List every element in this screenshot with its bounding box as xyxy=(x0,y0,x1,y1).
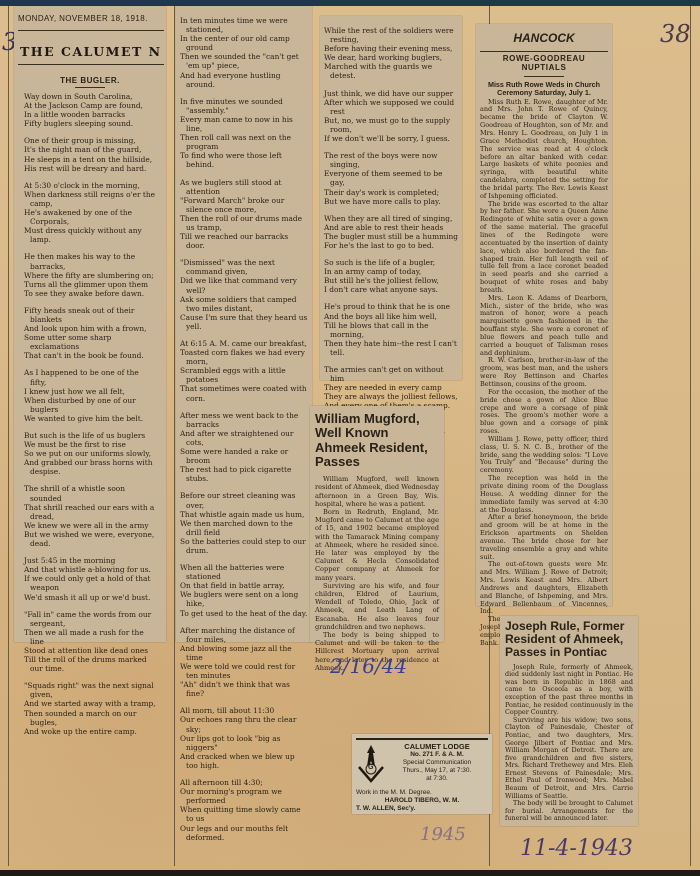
poem-line: Then sounded a march on our bugles, xyxy=(24,709,156,727)
poem-line: "Ah" didn't we think that was fine? xyxy=(180,680,308,698)
section-label: HANCOCK xyxy=(480,32,608,45)
poem-line: That can't in the book be found. xyxy=(24,351,156,360)
poem-stanza: He then makes his way to the barracks,Wh… xyxy=(24,252,156,297)
poem-stanza: Fifty heads sneak out of their blanketsA… xyxy=(24,306,156,361)
mugford-headline: William Mugford, Well Known Ahmeek Resid… xyxy=(315,412,439,469)
poem-line: We knew we were all in the army xyxy=(24,521,156,530)
article-paragraph: Miss Ruth E. Rowe, daughter of Mr. and M… xyxy=(480,99,608,201)
poem-line: We were told we could rest for ten minut… xyxy=(180,662,308,680)
poem-line: But we wished we were, everyone, dead. xyxy=(24,530,156,548)
lodge-work: Work in the M. M. Degree. xyxy=(356,789,488,797)
binder-bottom-edge xyxy=(0,870,700,876)
poem-line: I knew just how we all felt, xyxy=(24,387,156,396)
poem-line: So such is the life of a bugler, xyxy=(324,258,458,267)
article-paragraph: The body will be brought to Calumet for … xyxy=(505,800,633,823)
poem-line: On that field in battle array, xyxy=(180,581,308,590)
handwritten-date-rule: 11-4-1943 xyxy=(520,836,633,861)
newspaper-date: MONDAY, NOVEMBER 18, 1918. xyxy=(18,14,148,23)
poem-line: Then roll call was next on the program xyxy=(180,133,308,151)
poem-line: Turns all the glimmer upon them xyxy=(24,280,156,289)
poem-line: The armies can't get on without him xyxy=(324,365,458,383)
poem-line: To get used to the heat of the day. xyxy=(180,609,308,618)
poem-stanza: All afternoon till 4:30;Our morning's pr… xyxy=(180,778,308,842)
poem-line: I don't care what anyone says. xyxy=(324,285,458,294)
poem-line: "Dismissed" was the next command given, xyxy=(180,258,308,276)
poem-line: We must be the first to rise xyxy=(24,440,156,449)
poem-stanza: When they are all tired of singing,And a… xyxy=(324,214,458,250)
rule-obituary-clipping: Joseph Rule, Former Resident of Ahmeek, … xyxy=(500,616,638,826)
poem-line: As we buglers still stood at attention xyxy=(180,178,308,196)
poem-line: Must dress quickly without any lamp. xyxy=(24,226,156,244)
poem-line: But we have more calls to play. xyxy=(324,197,458,206)
mugford-body: William Mugford, well known resident of … xyxy=(315,475,439,672)
poem-stanza: As I happened to be one of the fifty,I k… xyxy=(24,368,156,423)
poem-stanza: At 5:30 o'clock in the morning,When dark… xyxy=(24,181,156,245)
poem-line: And grabbed our brass horns with despise… xyxy=(24,458,156,476)
poem-stanza: "Dismissed" was the next command given,D… xyxy=(180,258,308,331)
poem-line: We then marched down to the drill field xyxy=(180,519,308,537)
poem-line: It's the night man of the guard, xyxy=(24,145,156,154)
rule-body: Joseph Rule, formerly of Ahmeek, died su… xyxy=(505,664,633,823)
lodge-officer1: HAROLD TIBERG, W. M. xyxy=(356,797,488,805)
poem-stanza: In five minutes we sounded "assembly."Ev… xyxy=(180,97,308,170)
page-number-right: 38 xyxy=(660,20,691,48)
poem-stanza: After mess we went back to the barracksA… xyxy=(180,411,308,484)
lodge-officer2: T. W. ALLEN, Sec'y. xyxy=(356,805,488,813)
poem-line: That sometimes were coated with corn. xyxy=(180,384,308,402)
poem-line: Till we reached our barracks door. xyxy=(180,232,308,250)
poem-line: So we put on our uniforms slowly, xyxy=(24,449,156,458)
page-divider xyxy=(8,6,9,866)
page-divider xyxy=(174,6,175,866)
poem-line: Then the roll of our drums made us tramp… xyxy=(180,214,308,232)
poem-line: When quitting time slowly came to us xyxy=(180,805,308,823)
poem-line: After which we supposed we could rest xyxy=(324,98,458,116)
article-paragraph: For the occasion, the mother of the brid… xyxy=(480,389,608,436)
poem-line: Some were handed a rake or broom xyxy=(180,447,308,465)
article-paragraph: William Mugford, well known resident of … xyxy=(315,475,439,508)
poem-stanza: Just think, we did have our supperAfter … xyxy=(324,89,458,144)
poem-line: Toasted corn flakes we had every morn, xyxy=(180,348,308,366)
poem-line: In five minutes we sounded "assembly." xyxy=(180,97,308,115)
lodge-title: CALUMET LODGE xyxy=(386,743,488,751)
poem-line: So the batteries could step to our drum. xyxy=(180,537,308,555)
poem-line: Scrambled eggs with a little potatoes xyxy=(180,366,308,384)
lodge-line1: Special Communication xyxy=(386,759,488,767)
poem-stanza: The shrill of a whistle soon soundedThat… xyxy=(24,484,156,548)
poem-line: All morn, till about 11:30 xyxy=(180,706,308,715)
poem-line: And that whistle a-blowing for us. xyxy=(24,565,156,574)
poem-line: Our lips got to look "big as niggers" xyxy=(180,734,308,752)
mugford-obituary-clipping: William Mugford, Well Known Ahmeek Resid… xyxy=(310,406,444,642)
poem-column-3: While the rest of the soldiers were rest… xyxy=(320,16,462,410)
poem-line: And are able to rest their heads xyxy=(324,223,458,232)
poem-line: And blowing some jazz all the time xyxy=(180,644,308,662)
poem-line: Fifty heads sneak out of their blankets xyxy=(24,306,156,324)
poem-line: "Fall in" came the words from our sergea… xyxy=(24,610,156,628)
scrapbook-page: 37 38 MONDAY, NOVEMBER 18, 1918. THE CAL… xyxy=(0,6,700,870)
article-paragraph: Mrs. Leon K. Adams of Dearborn, Mich., s… xyxy=(480,295,608,358)
poem-line: That shrill reached our ears with a drea… xyxy=(24,503,156,521)
poem-line: "Forward March" broke our silence once m… xyxy=(180,196,308,214)
poem-line: Did we like that command very well? xyxy=(180,276,308,294)
bugler-clipping-col2: In ten minutes time we were stationed,In… xyxy=(176,6,312,642)
masthead-rule xyxy=(18,64,164,65)
poem-line: Marched with the guards we detest. xyxy=(324,62,458,80)
poem-line: Till the roll of the drums marked our ti… xyxy=(24,655,156,673)
hancock-wedding-clipping: HANCOCK ROWE-GOODREAU NUPTIALS Miss Ruth… xyxy=(476,24,612,606)
poem-line: He's awakened by one of the Corporals, xyxy=(24,208,156,226)
poem-line: But such is the life of us buglers xyxy=(24,431,156,440)
lodge-number: No. 271 F. & A. M. xyxy=(386,751,488,759)
article-paragraph: Surviving are his wife, and four childre… xyxy=(315,582,439,631)
article-paragraph: William J. Rowe, petty officer, third cl… xyxy=(480,436,608,475)
poem-line: The shrill of a whistle soon sounded xyxy=(24,484,156,502)
poem-line: And look upon him with a frown, xyxy=(24,324,156,333)
page-divider xyxy=(690,6,691,866)
poem-stanza: One of their group is missing,It's the n… xyxy=(24,136,156,172)
poem-line: Before having their evening mess, xyxy=(324,44,458,53)
poem-line: To find who were those left behind. xyxy=(180,151,308,169)
poem-line: At the Jackson Camp are found, xyxy=(24,101,156,110)
poem-line: Our echoes rang thru the clear sky; xyxy=(180,715,308,733)
wedding-headline: ROWE-GOODREAU NUPTIALS xyxy=(480,55,608,73)
article-paragraph: Born in Redruth, England, Mr. Mugford ca… xyxy=(315,508,439,582)
poem-line: Stood at attention like dead ones xyxy=(24,646,156,655)
poem-stanza: In ten minutes time we were stationed,In… xyxy=(180,16,308,89)
poem-line: The rest of the boys were now singing, xyxy=(324,151,458,169)
poem-line: Ask some soldiers that camped two miles … xyxy=(180,295,308,313)
poem-line: Some utter some sharp exclamations xyxy=(24,333,156,351)
poem-line: Just think, we did have our supper xyxy=(324,89,458,98)
poem-line: One of their group is missing, xyxy=(24,136,156,145)
poem-line: His rest will be dreary and hard. xyxy=(24,164,156,173)
article-paragraph: After a brief honeymoon, the bride and g… xyxy=(480,514,608,561)
poem-stanza: While the rest of the soldiers were rest… xyxy=(324,26,458,81)
lodge-line3: at 7:30. xyxy=(386,775,488,783)
bugler-clipping-col3: While the rest of the soldiers were rest… xyxy=(320,16,462,380)
poem-line: And we started away with a tramp, xyxy=(24,699,156,708)
handwritten-date-lodge: 1945 xyxy=(420,824,466,845)
article-paragraph: R. W. Carlson, brother-in-law of the gro… xyxy=(480,357,608,388)
poem-line: If we could only get a hold of that weap… xyxy=(24,574,156,592)
poem-line: Every man came to now in his line, xyxy=(180,115,308,133)
poem-line: As I happened to be one of the fifty, xyxy=(24,368,156,386)
poem-line: While the rest of the soldiers were rest… xyxy=(324,26,458,44)
poem-line: He sleeps in a tent on the hillside, xyxy=(24,155,156,164)
poem-line: We dear, hard working buglers, xyxy=(324,53,458,62)
poem-stanza: After marching the distance of four mile… xyxy=(180,626,308,699)
poem-line: In an army camp of today, xyxy=(324,267,458,276)
poem-line: Till he blows that call in the morning, xyxy=(324,321,458,339)
poem-line: Then they hate him--the rest I can't tel… xyxy=(324,339,458,357)
poem-line: In the center of our old camp ground xyxy=(180,34,308,52)
poem-stanza: But such is the life of us buglersWe mus… xyxy=(24,431,156,476)
square-and-compass-icon: G xyxy=(356,743,386,789)
masthead-rule xyxy=(18,30,164,31)
poem-stanza: All morn, till about 11:30Our echoes ran… xyxy=(180,706,308,770)
poem-line: And after we straightened our cots, xyxy=(180,429,308,447)
poem-column-2: In ten minutes time we were stationed,In… xyxy=(176,6,312,842)
poem-line: After marching the distance of four mile… xyxy=(180,626,308,644)
poem-line: We buglers were sent on a long hike, xyxy=(180,590,308,608)
poem-line: In ten minutes time we were stationed, xyxy=(180,16,308,34)
poem-line: At 6:15 A. M. came our breakfast, xyxy=(180,339,308,348)
poem-stanza: So such is the life of a bugler,In an ar… xyxy=(324,258,458,294)
poem-line: The bugler must still be a humming xyxy=(324,232,458,241)
poem-stanza: The armies can't get on without himThey … xyxy=(324,365,458,410)
poem-stanza: When all the batteries were stationedOn … xyxy=(180,563,308,618)
poem-line: At 5:30 o'clock in the morning, xyxy=(24,181,156,190)
poem-line: To see they awake before dawn. xyxy=(24,289,156,298)
wedding-body: Miss Ruth E. Rowe, daughter of Mr. and M… xyxy=(480,99,608,648)
poem-line: Before our street cleaning was over, xyxy=(180,491,308,509)
poem-line: And cracked when we blew up too high. xyxy=(180,752,308,770)
poem-line: And woke up the entire camp. xyxy=(24,727,156,736)
poem-line: Way down in South Carolina, xyxy=(24,92,156,101)
poem-title: THE BUGLER. xyxy=(20,76,160,85)
poem-line: Just 5:45 in the morning xyxy=(24,556,156,565)
poem-line: Then we all made a rush for the line xyxy=(24,628,156,646)
wedding-subhead: Miss Ruth Rowe Weds in Church Ceremony S… xyxy=(480,81,608,97)
poem-line: And had everyone hustling around. xyxy=(180,71,308,89)
poem-line: When disturbed by one of our buglers xyxy=(24,396,156,414)
poem-stanza: At 6:15 A. M. came our breakfast,Toasted… xyxy=(180,339,308,403)
poem-line: We'd smash it all up or we'd bust. xyxy=(24,593,156,602)
poem-line: Our morning's program we performed xyxy=(180,787,308,805)
poem-line: Fifty buglers sleeping sound. xyxy=(24,119,156,128)
poem-line: For he's the last to go to bed. xyxy=(324,241,458,250)
poem-stanza: Just 5:45 in the morningAnd that whistle… xyxy=(24,556,156,601)
poem-stanza: "Fall in" came the words from our sergea… xyxy=(24,610,156,674)
poem-column-1: Way down in South Carolina,At the Jackso… xyxy=(20,92,160,736)
poem-line: When all the batteries were stationed xyxy=(180,563,308,581)
poem-line: Our legs and our mouths felt deformed. xyxy=(180,824,308,842)
handwritten-date-mugford: 2/16/44 xyxy=(330,654,407,678)
poem-line: He's proud to think that he is one xyxy=(324,302,458,311)
poem-line: That whistle again made us hum, xyxy=(180,510,308,519)
poem-line: Cause I'm sure that they heard us yell. xyxy=(180,313,308,331)
article-paragraph: The bride was escorted to the altar by h… xyxy=(480,201,608,295)
poem-line: Then we sounded the "can't get 'em up" p… xyxy=(180,52,308,70)
poem-line: The rest had to pick cigarette stubs. xyxy=(180,465,308,483)
poem-line: "Squads right" was the next signal given… xyxy=(24,681,156,699)
article-paragraph: The reception was held in the private di… xyxy=(480,475,608,514)
poem-line: In a little wooden barracks xyxy=(24,110,156,119)
newspaper-masthead: THE CALUMET NEWS xyxy=(20,44,160,59)
poem-line: Everyone of them seemed to be gay, xyxy=(324,169,458,187)
poem-stanza: He's proud to think that he is oneAnd th… xyxy=(324,302,458,357)
article-paragraph: The out-of-town guests were Mr. and Mrs.… xyxy=(480,561,608,616)
poem-line: We wanted to give him the belt. xyxy=(24,414,156,423)
poem-stanza: The rest of the boys were now singing,Ev… xyxy=(324,151,458,206)
poem-line: When darkness still reigns o'er the camp… xyxy=(24,190,156,208)
article-paragraph: Surviving are his widow; two sons, Clayt… xyxy=(505,717,633,801)
poem-stanza: Way down in South Carolina,At the Jackso… xyxy=(24,92,156,128)
poem-line: After mess we went back to the barracks xyxy=(180,411,308,429)
poem-line: They are needed in every camp xyxy=(324,383,458,392)
rule-headline: Joseph Rule, Former Resident of Ahmeek, … xyxy=(505,620,633,660)
poem-line: And the boys all like him well, xyxy=(324,312,458,321)
poem-stanza: Before our street cleaning was over,That… xyxy=(180,491,308,555)
poem-line: But, no, we must go to the supply room, xyxy=(324,116,458,134)
poem-line: But still he's the jolliest fellow, xyxy=(324,276,458,285)
poem-stanza: "Squads right" was the next signal given… xyxy=(24,681,156,736)
poem-line: Where the fifty are slumbering on; xyxy=(24,271,156,280)
poem-line: He then makes his way to the barracks, xyxy=(24,252,156,270)
poem-line: All afternoon till 4:30; xyxy=(180,778,308,787)
poem-line: They are always the jolliest fellows, xyxy=(324,392,458,401)
poem-line: When they are all tired of singing, xyxy=(324,214,458,223)
poem-line: Their day's work is completed; xyxy=(324,188,458,197)
article-paragraph: Joseph Rule, formerly of Ahmeek, died su… xyxy=(505,664,633,717)
poem-stanza: As we buglers still stood at attention"F… xyxy=(180,178,308,251)
bugler-clipping-col1: MONDAY, NOVEMBER 18, 1918. THE CALUMET N… xyxy=(14,6,166,642)
poem-line: If we don't we'll be sorry, I guess. xyxy=(324,134,458,143)
lodge-line2: Thurs., May 17, at 7:30. xyxy=(386,767,488,775)
lodge-notice-clipping: G CALUMET LODGE No. 271 F. & A. M. Speci… xyxy=(352,734,492,814)
